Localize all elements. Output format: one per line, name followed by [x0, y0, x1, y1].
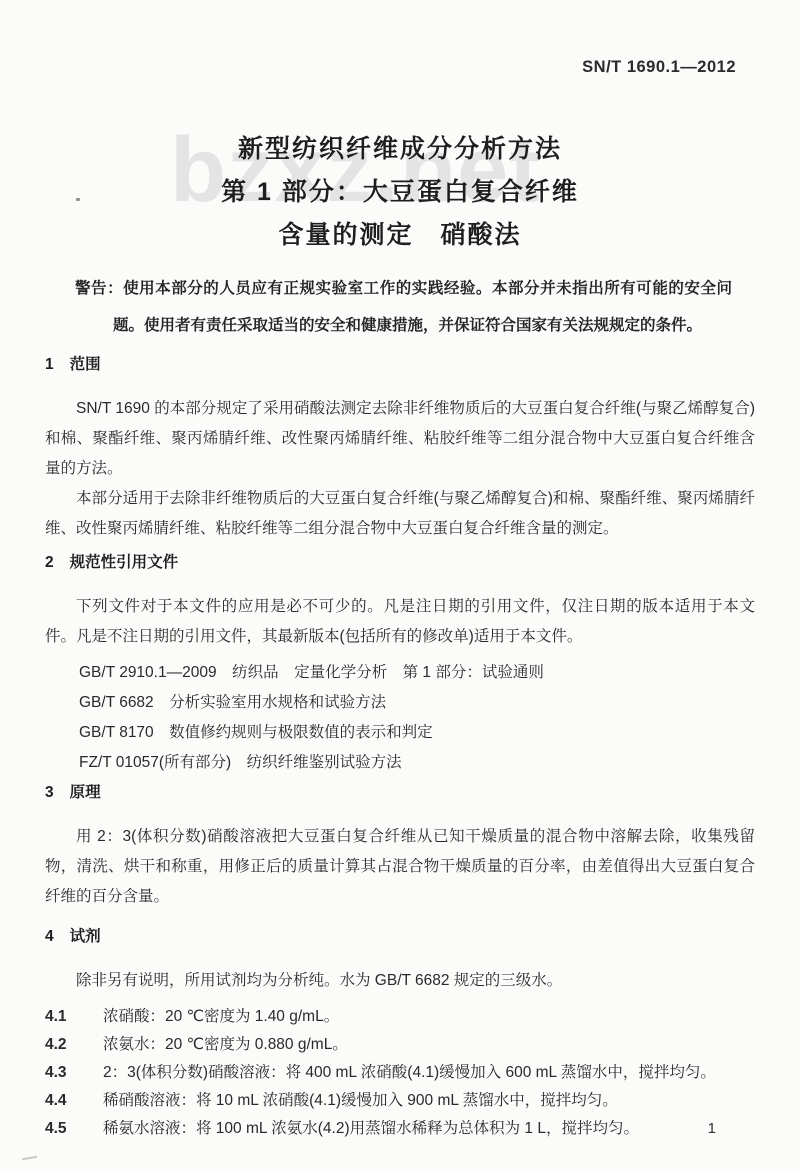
- reagent-item: 4.2 浓氨水：20 ℃密度为 0.880 g/mL。: [45, 1031, 755, 1059]
- clause-number: 4.3: [45, 1059, 103, 1087]
- title-line-1: 新型纺织纤维成分分析方法: [0, 128, 800, 171]
- reagent-item: 4.4 稀硝酸溶液：将 10 mL 浓硝酸(4.1)缓慢加入 900 mL 蒸馏…: [45, 1087, 755, 1115]
- section-title: 原理: [70, 784, 101, 801]
- reference-item: GB/T 6682 分析实验室用水规格和试验方法: [79, 688, 755, 718]
- section-title: 范围: [70, 356, 101, 373]
- section-principle: 3原理 用 2：3(体积分数)硝酸溶液把大豆蛋白复合纤维从已知干燥质量的混合物中…: [45, 778, 755, 912]
- document-title: 新型纺织纤维成分分析方法 第 1 部分：大豆蛋白复合纤维 含量的测定 硝酸法: [0, 128, 800, 257]
- section-number: 1: [45, 356, 54, 373]
- reagent-item: 4.3 2：3(体积分数)硝酸溶液：将 400 mL 浓硝酸(4.1)缓慢加入 …: [45, 1059, 755, 1087]
- reference-item: FZ/T 01057(所有部分) 纺织纤维鉴别试验方法: [79, 748, 755, 778]
- paragraph: 下列文件对于本文件的应用是必不可少的。凡是注日期的引用文件，仅注日期的版本适用于…: [45, 592, 755, 652]
- clause-text: 2：3(体积分数)硝酸溶液：将 400 mL 浓硝酸(4.1)缓慢加入 600 …: [103, 1059, 755, 1087]
- section-normative-references: 2规范性引用文件 下列文件对于本文件的应用是必不可少的。凡是注日期的引用文件，仅…: [45, 548, 755, 778]
- clause-text: 稀氨水溶液：将 100 mL 浓氨水(4.2)用蒸馏水稀释为总体积为 1 L，搅…: [103, 1115, 755, 1143]
- page-number: 1: [708, 1120, 716, 1137]
- section-reagents: 4试剂 除非另有说明，所用试剂均为分析纯。水为 GB/T 6682 规定的三级水…: [45, 922, 755, 1143]
- paragraph: 本部分适用于去除非纤维物质后的大豆蛋白复合纤维(与聚乙烯醇复合)和棉、聚酯纤维、…: [45, 484, 755, 544]
- section-title: 规范性引用文件: [70, 554, 179, 571]
- clause-number: 4.5: [45, 1115, 103, 1143]
- clause-number: 4.2: [45, 1031, 103, 1059]
- section-number: 3: [45, 784, 54, 801]
- reagent-list: 4.1 浓硝酸：20 ℃密度为 1.40 g/mL。 4.2 浓氨水：20 ℃密…: [45, 1003, 755, 1143]
- title-line-3: 含量的测定 硝酸法: [0, 214, 800, 257]
- standard-number: SN/T 1690.1—2012: [582, 58, 736, 77]
- reagent-item: 4.5 稀氨水溶液：将 100 mL 浓氨水(4.2)用蒸馏水稀释为总体积为 1…: [45, 1115, 755, 1143]
- section-title: 试剂: [70, 928, 101, 945]
- clause-number: 4.1: [45, 1003, 103, 1031]
- scan-corner-mark: [22, 1156, 37, 1161]
- reagent-item: 4.1 浓硝酸：20 ℃密度为 1.40 g/mL。: [45, 1003, 755, 1031]
- reference-item: GB/T 8170 数值修约规则与极限数值的表示和判定: [79, 718, 755, 748]
- clause-text: 浓氨水：20 ℃密度为 0.880 g/mL。: [103, 1031, 755, 1059]
- paragraph: 除非另有说明，所用试剂均为分析纯。水为 GB/T 6682 规定的三级水。: [45, 966, 755, 996]
- paragraph: SN/T 1690 的本部分规定了采用硝酸法测定去除非纤维物质后的大豆蛋白复合纤…: [45, 394, 755, 484]
- paragraph: 用 2：3(体积分数)硝酸溶液把大豆蛋白复合纤维从已知干燥质量的混合物中溶解去除…: [45, 822, 755, 912]
- document-page: SN/T 1690.1—2012 bzxz.net 新型纺织纤维成分分析方法 第…: [0, 0, 800, 1171]
- section-number: 4: [45, 928, 54, 945]
- section-scope: 1范围 SN/T 1690 的本部分规定了采用硝酸法测定去除非纤维物质后的大豆蛋…: [45, 350, 755, 544]
- reference-item: GB/T 2910.1—2009 纺织品 定量化学分析 第 1 部分：试验通则: [79, 658, 755, 688]
- section-heading: 1范围: [45, 350, 755, 380]
- section-heading: 2规范性引用文件: [45, 548, 755, 578]
- title-line-2: 第 1 部分：大豆蛋白复合纤维: [0, 171, 800, 214]
- clause-text: 稀硝酸溶液：将 10 mL 浓硝酸(4.1)缓慢加入 900 mL 蒸馏水中，搅…: [103, 1087, 755, 1115]
- reference-list: GB/T 2910.1—2009 纺织品 定量化学分析 第 1 部分：试验通则 …: [45, 658, 755, 778]
- section-heading: 4试剂: [45, 922, 755, 952]
- section-number: 2: [45, 554, 54, 571]
- clause-text: 浓硝酸：20 ℃密度为 1.40 g/mL。: [103, 1003, 755, 1031]
- warning-paragraph: 警告：使用本部分的人员应有正规实验室工作的实践经验。本部分并未指出所有可能的安全…: [113, 270, 732, 344]
- section-heading: 3原理: [45, 778, 755, 808]
- clause-number: 4.4: [45, 1087, 103, 1115]
